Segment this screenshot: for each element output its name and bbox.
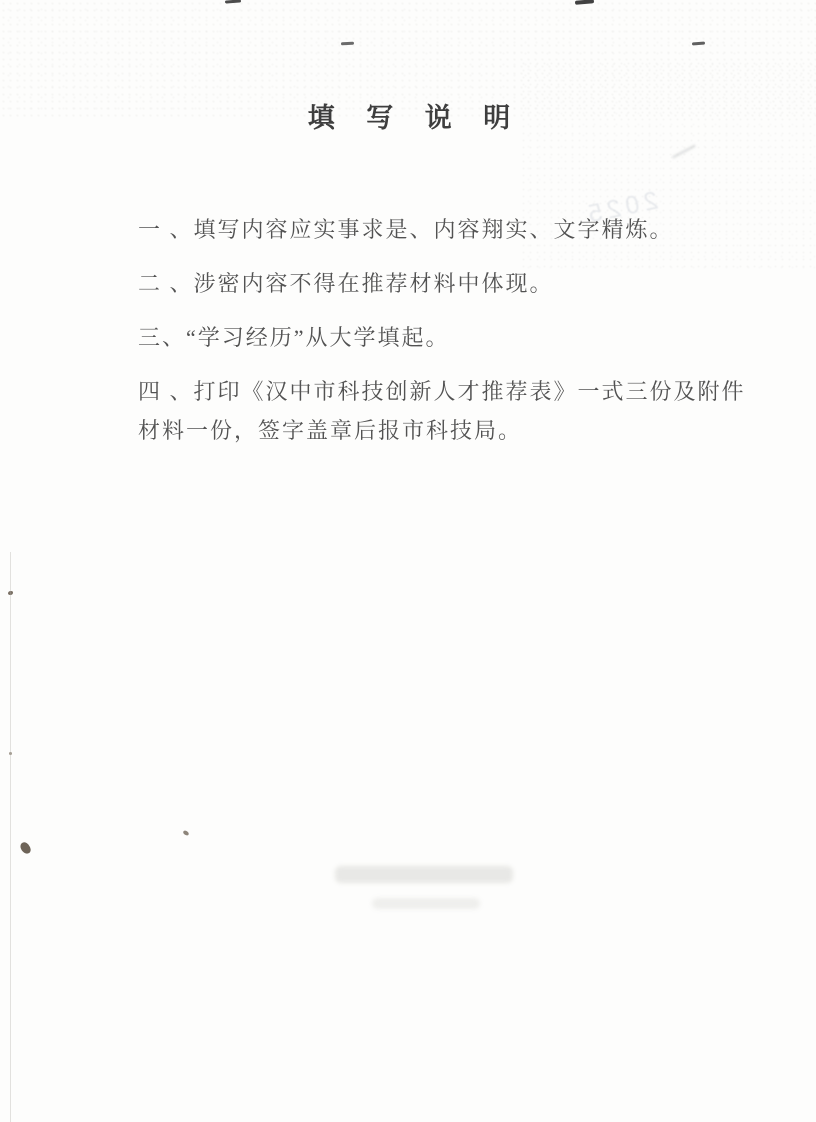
ink-bleed-smudge [372, 898, 480, 909]
ink-bleed-smudge [335, 866, 513, 883]
scan-dash-artifact [225, 0, 241, 4]
page-title: 填 写 说 明 [0, 96, 816, 135]
scan-dash-artifact [575, 0, 594, 5]
instruction-line: 二 、涉密内容不得在推荐材料中体现。 [138, 264, 723, 303]
instruction-item-3: 三、“学习经历”从大学填起。 [138, 318, 723, 357]
scan-dash-artifact [692, 42, 705, 46]
instruction-item-2: 二 、涉密内容不得在推荐材料中体现。 [138, 264, 723, 303]
instructions-list: 一 、填写内容应实事求是、内容翔实、文字精炼。 二 、涉密内容不得在推荐材料中体… [138, 210, 723, 465]
scan-dash-artifact [672, 144, 696, 159]
instruction-line: 三、“学习经历”从大学填起。 [138, 318, 723, 357]
scan-speck [8, 591, 13, 595]
scan-speck [19, 841, 32, 855]
instruction-line: 一 、填写内容应实事求是、内容翔实、文字精炼。 [138, 210, 723, 249]
scanned-page: 2025 填 写 说 明 一 、填写内容应实事求是、内容翔实、文字精炼。 二 、… [0, 0, 816, 1122]
instruction-item-1: 一 、填写内容应实事求是、内容翔实、文字精炼。 [138, 210, 723, 249]
instruction-item-4: 四 、打印《汉中市科技创新人才推荐表》一式三份及附件 材料一份，签字盖章后报市科… [138, 372, 723, 450]
scan-dash-artifact [341, 42, 354, 46]
scan-speck [9, 752, 12, 755]
instruction-line: 四 、打印《汉中市科技创新人才推荐表》一式三份及附件 [138, 372, 723, 411]
paper-edge-shadow-line [10, 552, 11, 1122]
scan-speck [182, 830, 189, 836]
instruction-line: 材料一份，签字盖章后报市科技局。 [138, 411, 723, 450]
